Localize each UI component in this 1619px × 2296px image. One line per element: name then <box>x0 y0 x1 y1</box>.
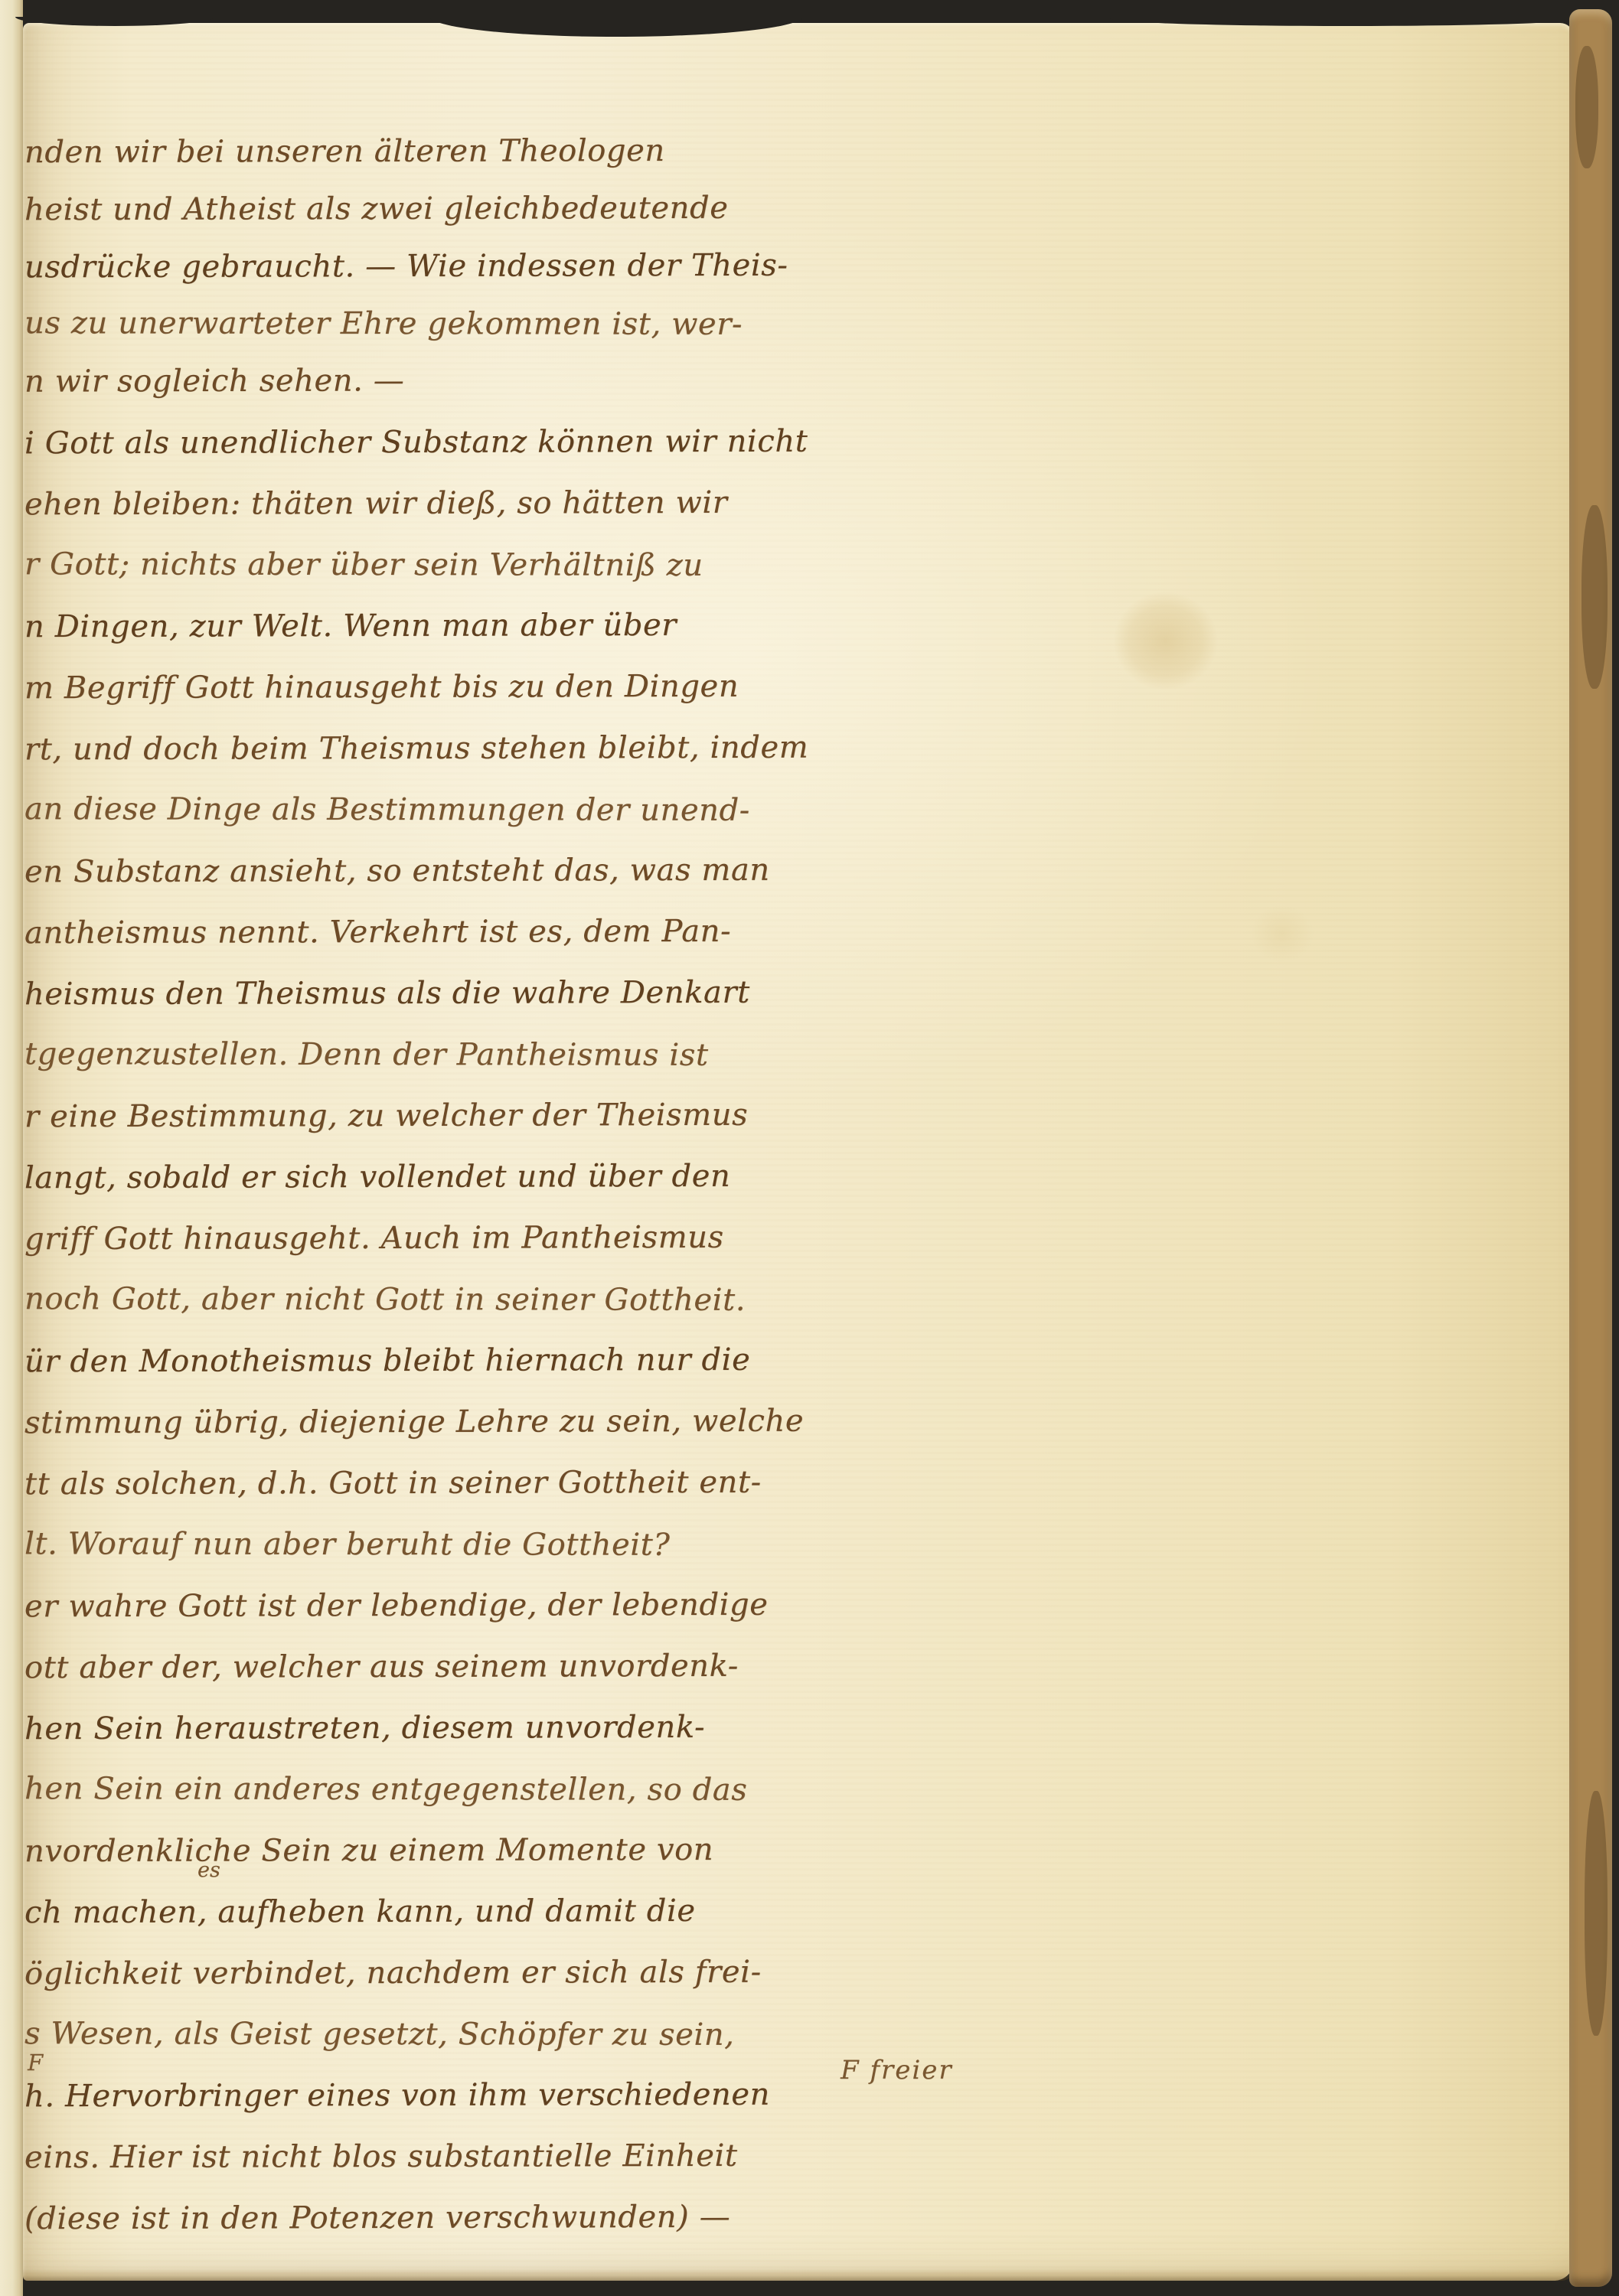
manuscript-line: en Substanz ansieht, so entsteht das, wa… <box>24 845 770 898</box>
manuscript-line: us zu unerwarteter Ehre gekommen ist, we… <box>24 298 743 350</box>
footnote-mark: F <box>28 2050 43 2076</box>
manuscript-line: r eine Bestimmung, zu welcher der Theism… <box>24 1090 748 1142</box>
manuscript-line: m Begriff Gott hinausgeht bis zu den Din… <box>24 661 739 713</box>
manuscript-line: stimmung übrig, diejenige Lehre zu sein,… <box>24 1396 804 1449</box>
handwritten-text-block: nden wir bei unseren älteren Theologenhe… <box>23 23 1574 2281</box>
manuscript-line: s Wesen, als Geist gesetzt, Schöpfer zu … <box>24 2008 735 2060</box>
manuscript-line: an diese Dinge als Bestimmungen der unen… <box>24 784 750 836</box>
page-bottom-edge <box>23 2268 1574 2281</box>
manuscript-line: hen Sein heraustreten, diesem unvordenk- <box>24 1702 705 1754</box>
fore-edge-blotch <box>1585 1791 1608 2036</box>
manuscript-line: r Gott; nichts aber über sein Verhältniß… <box>24 539 703 591</box>
manuscript-line: ür den Monotheismus bleibt hiernach nur … <box>24 1335 750 1387</box>
manuscript-line: usdrücke gebraucht. — Wie indessen der T… <box>24 240 788 293</box>
manuscript-line: tt als solchen, d.h. Gott in seiner Gott… <box>24 1457 762 1510</box>
fore-edge-blotch <box>1575 46 1598 168</box>
manuscript-line: heismus den Theismus als die wahre Denka… <box>24 967 750 1019</box>
manuscript-line: i Gott als unendlicher Substanz können w… <box>24 416 808 469</box>
manuscript-line: n Dingen, zur Welt. Wenn man aber über <box>24 600 677 652</box>
manuscript-line: tgegenzustellen. Denn der Pantheismus is… <box>24 1029 709 1081</box>
manuscript-line: ehen bleiben: thäten wir dieß, so hätten… <box>24 478 728 530</box>
marginal-note: F freier <box>841 2055 953 2086</box>
manuscript-line: griff Gott hinausgeht. Auch im Pantheism… <box>24 1212 724 1264</box>
fore-edge-blotch <box>1581 505 1608 689</box>
manuscript-line: ott aber der, welcher aus seinem unvorde… <box>24 1641 739 1693</box>
manuscript-line: hen Sein ein anderes entgegenstellen, so… <box>24 1763 747 1815</box>
manuscript-line: noch Gott, aber nicht Gott in seiner Got… <box>24 1274 746 1326</box>
manuscript-line: langt, sobald er sich vollendet und über… <box>24 1151 730 1203</box>
manuscript-line: heist und Atheist als zwei gleichbedeute… <box>24 183 729 235</box>
manuscript-line: (diese ist in den Potenzen verschwunden)… <box>24 2192 730 2244</box>
manuscript-line: nden wir bei unseren älteren Theologen <box>24 126 665 178</box>
interline-insertion: es <box>197 1858 220 1882</box>
manuscript-line: eins. Hier ist nicht blos substantielle … <box>24 2131 738 2183</box>
book-fore-edge <box>1569 9 1612 2287</box>
manuscript-line: er wahre Gott ist der lebendige, der leb… <box>24 1580 769 1632</box>
manuscript-line: antheismus nennt. Verkehrt ist es, dem P… <box>24 906 731 958</box>
manuscript-line: nvordenkliche Sein zu einem Momente von <box>24 1825 713 1877</box>
manuscript-line: ch machen, aufheben kann, und damit die <box>24 1886 696 1938</box>
manuscript-line: lt. Worauf nun aber beruht die Gottheit? <box>24 1518 671 1570</box>
binding-gutter-edge <box>0 0 23 2296</box>
manuscript-page: nden wir bei unseren älteren Theologenhe… <box>23 23 1574 2281</box>
manuscript-line: rt, und doch beim Theismus stehen bleibt… <box>24 722 808 775</box>
manuscript-line: n wir sogleich sehen. — <box>24 355 404 406</box>
manuscript-line: h. Hervorbringer eines von ihm verschied… <box>24 2069 770 2122</box>
manuscript-line: öglichkeit verbindet, nachdem er sich al… <box>24 1947 762 2000</box>
